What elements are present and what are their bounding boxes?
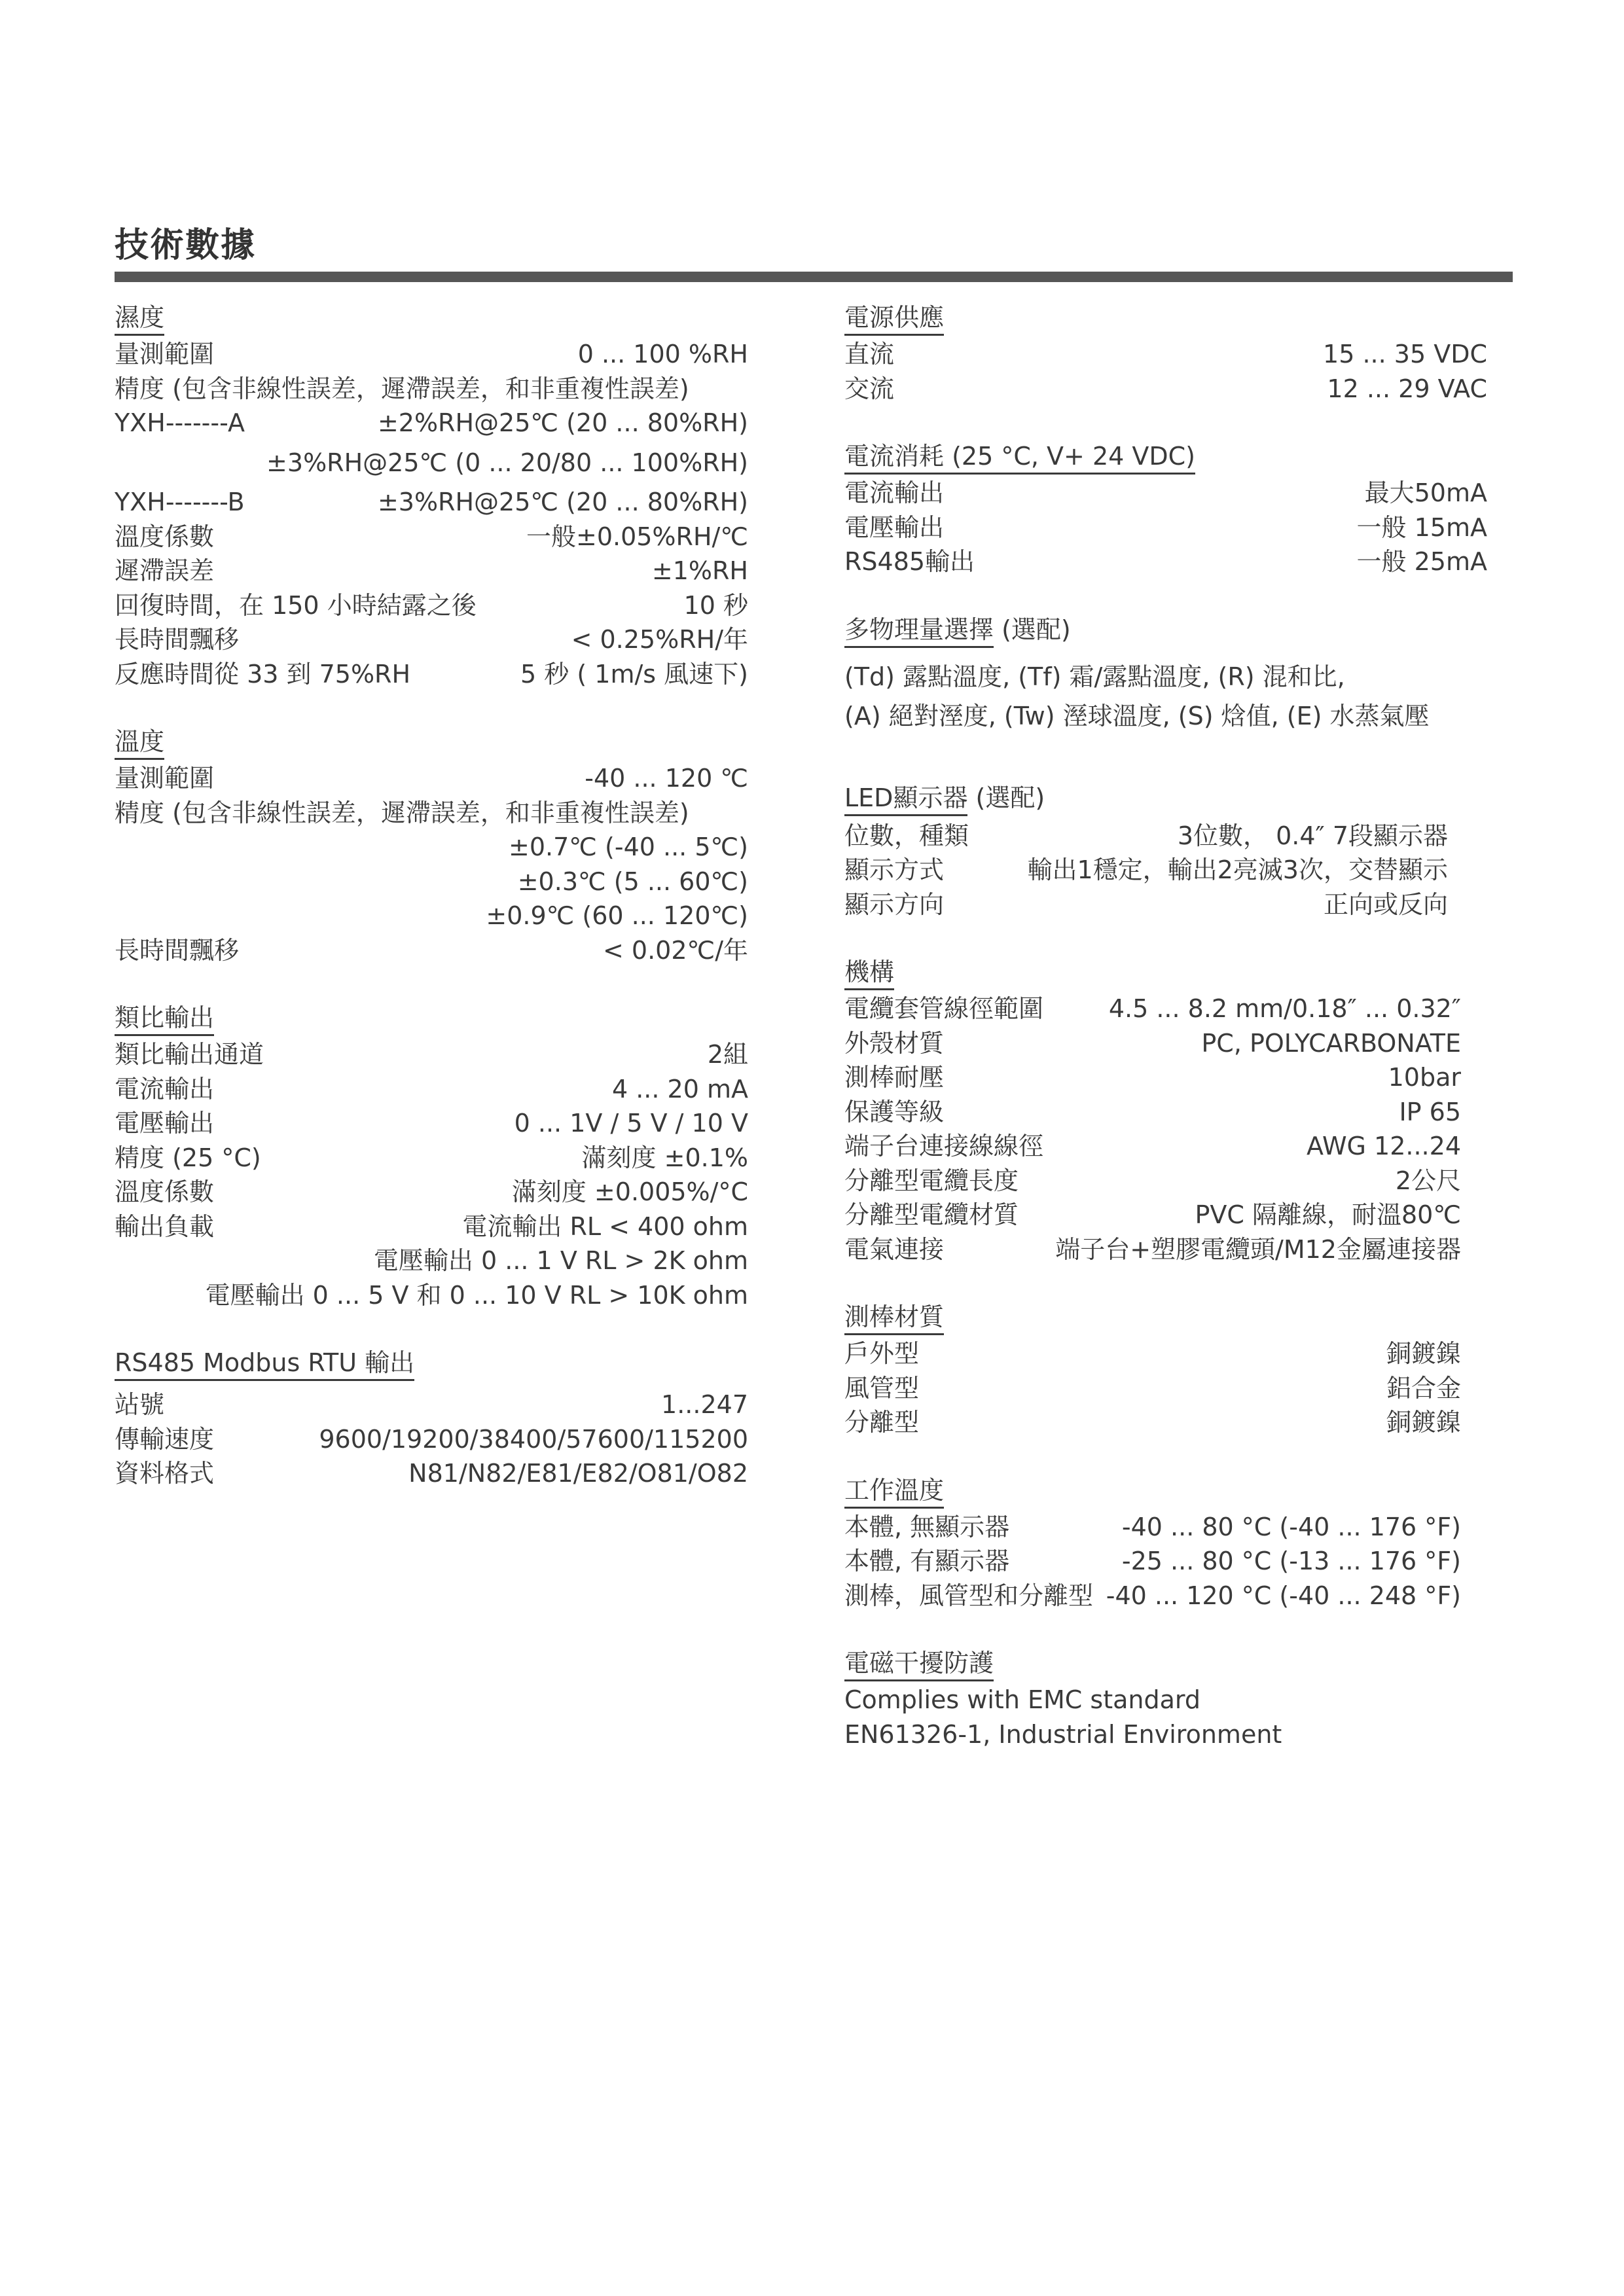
section-current-consumption: 電流消耗 (25 °C, V+ 24 VDC) 電流輸出 最大50mA 電壓輸出…	[844, 440, 1487, 579]
spec-row: 分離型 銅鍍鎳	[844, 1405, 1487, 1440]
section-title: 溫度	[115, 725, 164, 760]
spec-row: 顯示方式 輸出1穩定，輸出2亮滅3次，交替顯示	[844, 853, 1487, 888]
spec-row: 資料格式 N81/N82/E81/E82/O81/O82	[115, 1456, 748, 1491]
spec-row: 交流 12 ... 29 VAC	[844, 372, 1487, 406]
spec-row: 長時間飄移 < 0.25%RH/年	[115, 622, 748, 657]
spec-row: 端子台連接線線徑 AWG 12...24	[844, 1129, 1487, 1164]
spec-row-continued: 電壓輸出 0 ... 5 V 和 0 ... 10 V RL > 10K ohm	[115, 1278, 748, 1313]
section-title: 電流消耗 (25 °C, V+ 24 VDC)	[844, 440, 1195, 475]
spec-row: 測棒，風管型和分離型 -40 ... 120 °C (-40 ... 248 °…	[844, 1579, 1487, 1613]
section-title: 機構	[844, 956, 894, 990]
spec-row-continued: ±0.3℃ (5 ... 60℃)	[115, 865, 748, 899]
spec-label: 量測範圍	[115, 337, 214, 372]
section-title: 濕度	[115, 301, 164, 336]
spec-value: ±2%RH@25℃ (20 ... 80%RH)	[245, 406, 748, 440]
spec-row: 風管型 鋁合金	[844, 1371, 1487, 1406]
spec-row: 回復時間，在 150 小時結露之後 10 秒	[115, 588, 748, 623]
spec-row: 保護等級 IP 65	[844, 1095, 1487, 1130]
section-title: RS485 Modbus RTU 輸出	[115, 1346, 414, 1381]
section-power-supply: 電源供應 直流 15 ... 35 VDC 交流 12 ... 29 VAC	[844, 301, 1487, 406]
spec-label: YXH-------B	[115, 485, 245, 520]
parameter-list-line: (Td) 露點溫度, (Tf) 霜/露點溫度, (R) 混和比,	[844, 657, 1487, 696]
spec-row: RS485輸出 一般 25mA	[844, 545, 1487, 579]
page-title: 技術數據	[115, 217, 256, 266]
accuracy-note: 精度 (包含非線性誤差，遲滯誤差，和非重複性誤差)	[115, 372, 748, 406]
section-title: LED顯示器	[844, 781, 967, 816]
section-humidity: 濕度 量測範圍 0 ... 100 %RH 精度 (包含非線性誤差，遲滯誤差，和…	[115, 301, 748, 691]
optional-tag: (選配)	[994, 615, 1071, 644]
spec-value: ±3%RH@25℃ (20 ... 80%RH)	[245, 485, 748, 520]
spec-row: 電壓輸出 0 ... 1V / 5 V / 10 V	[115, 1106, 748, 1141]
section-heading: 多物理量選擇 (選配)	[844, 613, 1487, 648]
spec-row: 外殼材質 PC, POLYCARBONATE	[844, 1026, 1487, 1061]
spec-row: 類比輸出通道 2組	[115, 1037, 748, 1072]
spec-row: 反應時間從 33 到 75%RH 5 秒 ( 1m/s 風速下)	[115, 657, 748, 692]
section-heading: LED顯示器 (選配)	[844, 781, 1487, 816]
section-led-display: LED顯示器 (選配) 位數，種類 3位數， 0.4″ 7段顯示器 顯示方式 輸…	[844, 781, 1487, 922]
section-title: 類比輸出	[115, 1001, 214, 1036]
spec-row: 分離型電纜長度 2公尺	[844, 1164, 1487, 1198]
section-mechanical: 機構 電纜套管線徑範圍 4.5 ... 8.2 mm/0.18″ ... 0.3…	[844, 956, 1487, 1266]
spec-row: 遲滯誤差 ±1%RH	[115, 554, 748, 588]
spec-value: ±3%RH@25℃ (0 ... 20/80 ... 100%RH)	[115, 446, 748, 480]
spec-row: 電纜套管線徑範圍 4.5 ... 8.2 mm/0.18″ ... 0.32″	[844, 992, 1487, 1026]
optional-tag: (選配)	[967, 783, 1045, 812]
section-title: 多物理量選擇	[844, 613, 994, 648]
section-title: 電磁干擾防護	[844, 1647, 994, 1681]
section-multi-parameter: 多物理量選擇 (選配) (Td) 露點溫度, (Tf) 霜/露點溫度, (R) …	[844, 613, 1487, 736]
spec-row: 量測範圍 0 ... 100 %RH	[115, 337, 748, 372]
section-temperature: 溫度 量測範圍 -40 ... 120 ℃ 精度 (包含非線性誤差，遲滯誤差，和…	[115, 725, 748, 967]
section-probe-material: 測棒材質 戶外型 銅鍍鎳 風管型 鋁合金 分離型 銅鍍鎳	[844, 1300, 1487, 1440]
section-emc: 電磁干擾防護 Complies with EMC standard EN6132…	[844, 1647, 1487, 1751]
section-analog-output: 類比輸出 類比輸出通道 2組 電流輸出 4 ... 20 mA 電壓輸出 0 .…	[115, 1001, 748, 1312]
emc-text: EN61326-1, Industrial Environment	[844, 1717, 1487, 1752]
section-title: 測棒材質	[844, 1300, 944, 1335]
spec-row: 本體, 有顯示器 -25 ... 80 °C (-13 ... 176 °F)	[844, 1544, 1487, 1579]
spec-row: 輸出負載 電流輸出 RL < 400 ohm	[115, 1210, 748, 1244]
section-operating-temperature: 工作溫度 本體, 無顯示器 -40 ... 80 °C (-40 ... 176…	[844, 1474, 1487, 1613]
emc-text: Complies with EMC standard	[844, 1683, 1487, 1717]
spec-label: YXH-------A	[115, 406, 245, 440]
spec-row: 站號 1...247	[115, 1388, 748, 1422]
spec-row: 精度 (25 °C) 滿刻度 ±0.1%	[115, 1141, 748, 1175]
spec-row: 分離型電纜材質 PVC 隔離線，耐溫80℃	[844, 1198, 1487, 1232]
section-title: 工作溫度	[844, 1474, 944, 1509]
spec-value: 0 ... 100 %RH	[214, 337, 748, 372]
title-divider	[115, 272, 1513, 282]
parameter-list-line: (A) 絕對溼度, (Tw) 溼球溫度, (S) 焓值, (E) 水蒸氣壓	[844, 696, 1487, 736]
spec-row: 溫度係數 一般±0.05%RH/℃	[115, 520, 748, 554]
section-rs485: RS485 Modbus RTU 輸出 站號 1...247 傳輸速度 9600…	[115, 1346, 748, 1491]
spec-row-continued: ±3%RH@25℃ (0 ... 20/80 ... 100%RH)	[115, 446, 748, 480]
spec-row: 戶外型 銅鍍鎳	[844, 1336, 1487, 1371]
spec-row: 位數，種類 3位數， 0.4″ 7段顯示器	[844, 819, 1487, 853]
right-column: 電源供應 直流 15 ... 35 VDC 交流 12 ... 29 VAC 電…	[844, 301, 1487, 1785]
spec-row-continued: ±0.9℃ (60 ... 120℃)	[115, 899, 748, 933]
spec-row: 電氣連接 端子台+塑膠電纜頭/M12金屬連接器	[844, 1232, 1487, 1267]
spec-row: 電流輸出 最大50mA	[844, 476, 1487, 511]
section-title: 電源供應	[844, 301, 944, 336]
spec-row: 電壓輸出 一般 15mA	[844, 511, 1487, 545]
spec-row: 量測範圍 -40 ... 120 ℃	[115, 761, 748, 796]
spec-row-continued: 電壓輸出 0 ... 1 V RL > 2K ohm	[115, 1244, 748, 1278]
spec-row: 直流 15 ... 35 VDC	[844, 337, 1487, 372]
spec-row: 測棒耐壓 10bar	[844, 1060, 1487, 1095]
left-column: 濕度 量測範圍 0 ... 100 %RH 精度 (包含非線性誤差，遲滯誤差，和…	[115, 301, 748, 1525]
spec-row: 本體, 無顯示器 -40 ... 80 °C (-40 ... 176 °F)	[844, 1510, 1487, 1545]
accuracy-note: 精度 (包含非線性誤差，遲滯誤差，和非重複性誤差)	[115, 796, 748, 831]
spec-row: YXH-------B ±3%RH@25℃ (20 ... 80%RH)	[115, 485, 748, 520]
spec-row-continued: ±0.7℃ (-40 ... 5℃)	[115, 830, 748, 865]
spec-row: 電流輸出 4 ... 20 mA	[115, 1072, 748, 1107]
spec-row: 傳輸速度 9600/19200/38400/57600/115200	[115, 1422, 748, 1457]
spec-row: 長時間飄移 < 0.02℃/年	[115, 933, 748, 968]
spec-row: YXH-------A ±2%RH@25℃ (20 ... 80%RH)	[115, 406, 748, 440]
spec-row: 顯示方向 正向或反向	[844, 888, 1487, 922]
spec-row: 溫度係數 滿刻度 ±0.005%/°C	[115, 1175, 748, 1210]
